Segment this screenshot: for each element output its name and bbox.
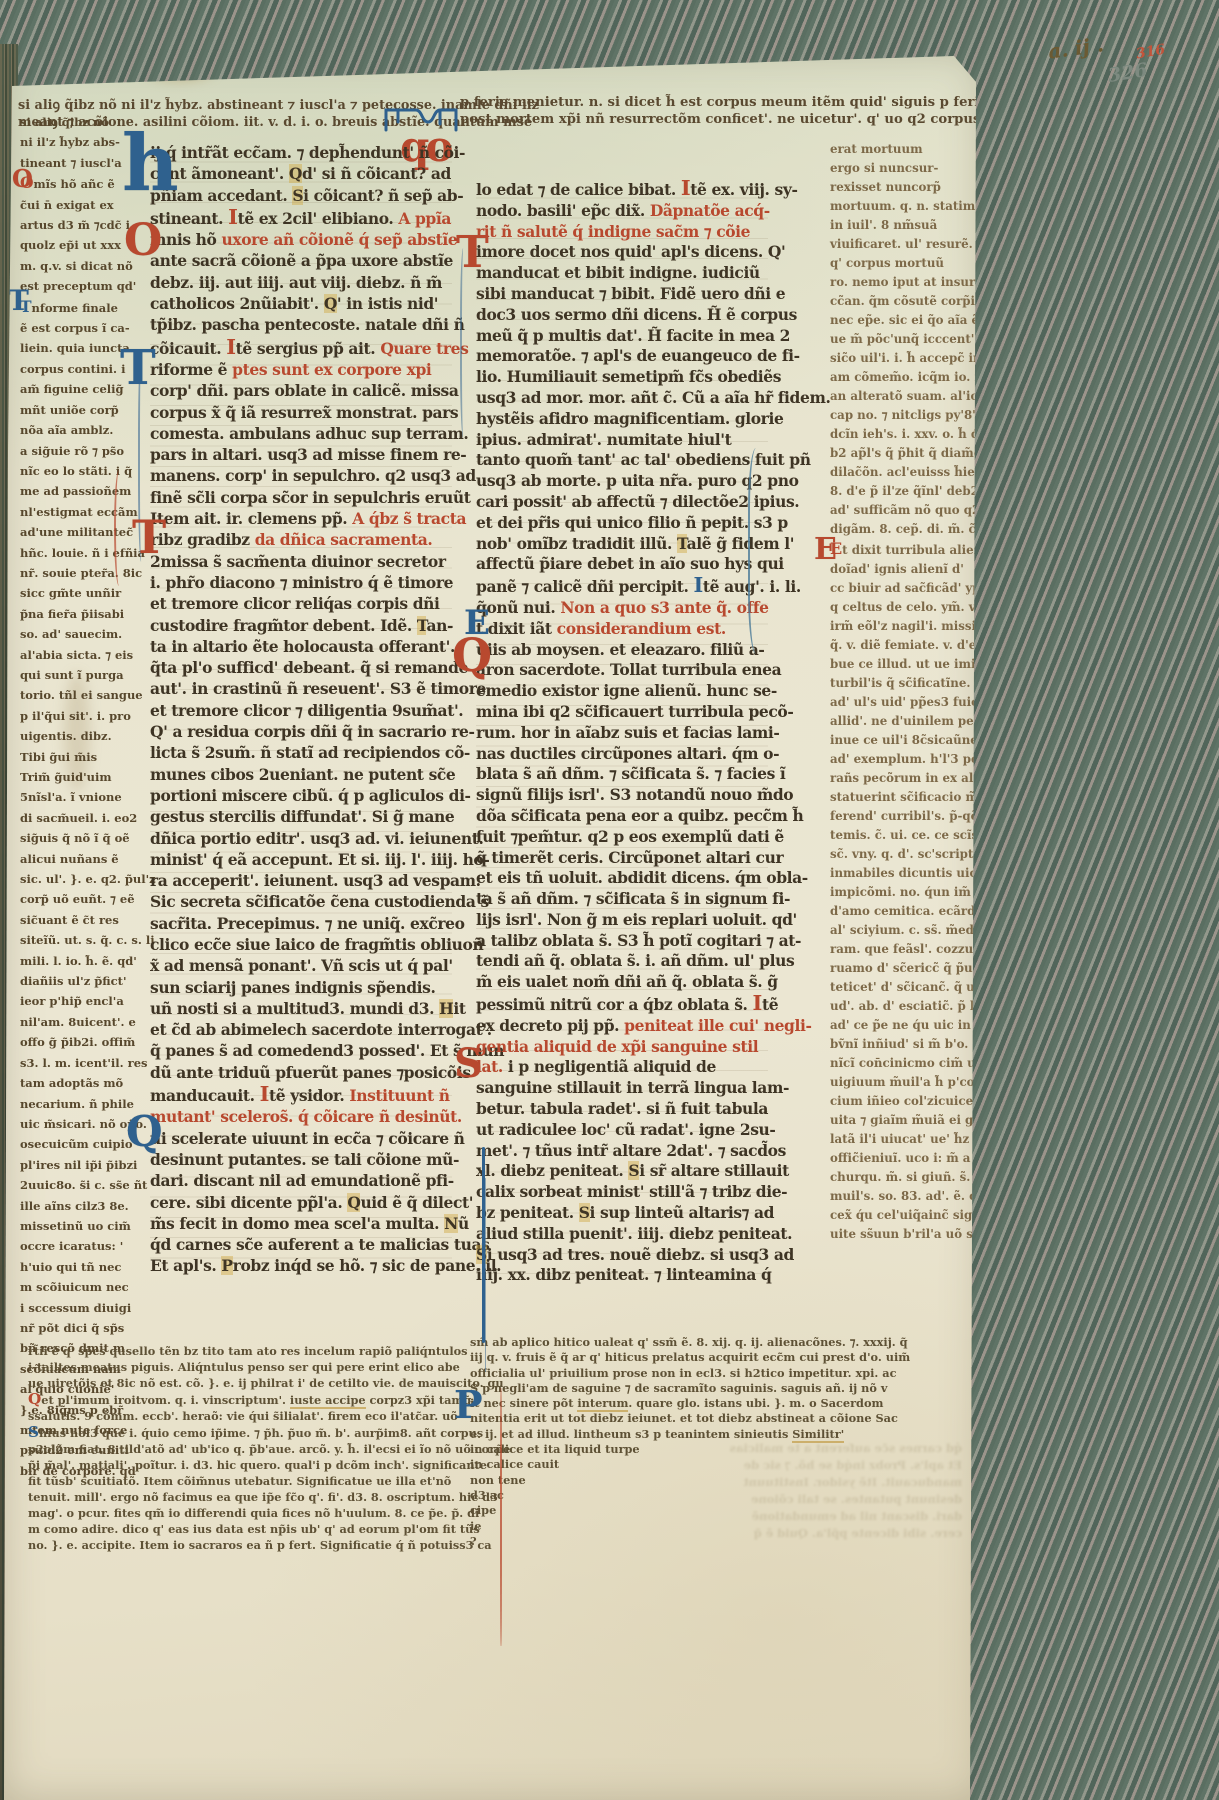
text-line: ra acceperit'. ieiunent. usq3 ad vespam. xyxy=(150,870,452,891)
text-line: a talibz oblata s̃. S3 h̃ potĩ cogitari … xyxy=(476,931,768,952)
text-line: s3. l. m. icent'il. res xyxy=(20,1053,142,1073)
text-line: Si usq3 ad tres. nouẽ diebz. si usq3 ad xyxy=(476,1245,768,1266)
bottom-left-gloss-block: rt̃ii ẽ q' sp̃cs qusello tẽn bz tito tam… xyxy=(28,1343,476,1553)
text-line: desinunt putantes. se tali cõione xyxy=(632,1491,962,1508)
text-line: ad' sufficãm nõ quo q2 ex̃i xyxy=(830,501,968,520)
text-line: hystẽis afidro magnificentiam. glorie xyxy=(476,409,768,430)
text-line: Trim̃ g̃uid'uim xyxy=(20,767,142,787)
text-line: p̃na fier̃a p̃iisabi xyxy=(20,604,142,624)
text-line: pñiam accedant. Si cõicant? ñ sep̃ ab- xyxy=(150,185,452,206)
text-line: corp̃ uõ euñt. ⁊ eẽ xyxy=(20,889,142,909)
text-line: offo g̃ p̃ib2i. offim̃ xyxy=(20,1032,142,1052)
text-line: ille aĩns cilz3 8e. xyxy=(20,1196,142,1216)
text-line: sm̃ ab aplico hitico ualeat q' ssm̃ ẽ. 8… xyxy=(470,1335,970,1350)
text-line: bṽnĩ inñiud' si m̃ b'o. issñd' xyxy=(830,1035,968,1054)
shelfmark-annotation: a. ij . xyxy=(1047,32,1105,64)
text-line: gentia aliquid de xp̃i sanguine stil xyxy=(476,1037,768,1058)
text-line: ta s̃ añ dñm. ⁊ sc̃ificata s̃ in signum … xyxy=(476,889,768,910)
text-line: nec ep̃e. sic ei q̃o aĩa ẽ forma xyxy=(830,311,968,330)
text-line: rit ñ salutẽ q́ indigne sac̃m ⁊ cõie xyxy=(476,222,768,243)
text-line: riforme ẽ ptes sunt ex corpore xpi xyxy=(150,359,452,380)
text-line: xl. diebz peniteat. Si sr̃ altare stilla… xyxy=(476,1161,768,1182)
manuscript-photo: { "annotations":{"shelfmark":"a. ij .","… xyxy=(0,0,1219,1800)
text-line: am cõmem̃o. icq̃m io. n. xyxy=(830,368,968,387)
red-margin-flourish xyxy=(114,470,124,586)
text-line: p il'q̃ui sit'. i. pro xyxy=(20,706,142,726)
text-line: impicõmi. no. q́un im̃ cec̃ xyxy=(830,883,968,902)
text-line: uic m̃sicari. nõ op̃o. xyxy=(20,1114,142,1134)
text-line: ui scelerate uiuunt in ecc̃a ⁊ cõicare ñ xyxy=(150,1128,452,1149)
text-line: siteĩũ. ut. s. q̃. c. s. li xyxy=(20,930,142,950)
text-line: q' corpus mortuũ xyxy=(830,254,968,273)
text-line: tam adoptãs mõ xyxy=(20,1073,142,1093)
text-line: aut'. in crastinũ ñ reseuent'. S3 ẽ timo… xyxy=(150,678,452,699)
text-line: cõicauit. Itẽ sergius pp̃ ait. Quare tre… xyxy=(150,336,452,359)
text-line: ij q́ intr̃ãt ecc̃am. ⁊ deph̃endunt' ñ c… xyxy=(150,142,452,163)
text-line: x̃ ad mensã ponant'. Vñ scis ut q́ pal' xyxy=(150,955,452,976)
text-line: Sic secreta sc̃ificatõe c̃ena custodiend… xyxy=(150,891,452,912)
text-line: usq3 ad mor. mor. añt c̃. Cũ a aĩa hr̃ f… xyxy=(476,388,768,409)
text-line: Item ait. ir. clemens pp̃. A q́bz s̃ tra… xyxy=(150,508,452,529)
left-margin-gloss-column: si aliꝯ q̃ibz nõni il'z h̃ybz abs-tinean… xyxy=(20,112,142,1481)
text-line: it nec sinere põt interum. quare glo. is… xyxy=(470,1396,970,1411)
text-line: sic̃uant ẽ c̃t res xyxy=(20,910,142,930)
text-line: panẽ ⁊ calicẽ dñi percipit. Itẽ aug'. i.… xyxy=(476,575,768,598)
text-line: iiij. xx. dibz peniteat. ⁊ linteamina q́ xyxy=(476,1265,768,1286)
text-line: ex decreto pij pp̃. peniteat ille cui' n… xyxy=(476,1016,768,1037)
text-line: finẽ sc̃li corpa sc̃or in sepulchris eru… xyxy=(150,487,452,508)
text-line: p2olõm fiat. 8 tild'atõ ad' ub'ico q. p̃… xyxy=(28,1441,476,1457)
text-line: et tremore clicor reliq́as corpis dñi xyxy=(150,593,452,614)
text-line: comesta. ambulans adhuc sup terram. xyxy=(150,423,452,444)
text-line: Et apl's. Probz inq́d se hõ. ⁊ sic de pa… xyxy=(150,1255,452,1276)
text-line: osecuicũm cuipio xyxy=(20,1134,142,1154)
text-line: bue ce illud. ut ue imicialõr xyxy=(830,655,968,674)
text-line: usq3 ab morte. p uita nr̃a. puro q2 pno xyxy=(476,471,768,492)
text-line: q̃. v. diẽ femiate. v. d'epz ⁊ q̃te xyxy=(830,636,968,655)
text-line: Tnforme finale xyxy=(20,297,142,318)
text-line: cari possit' ab affectũ ⁊ dilectõe2 ipiu… xyxy=(476,492,768,513)
text-line: cere. sibi dicente pp̃l'a. Quid ẽ q̃ xyxy=(632,1525,962,1542)
text-line: bz peniteat. Si sup linteũ altaris⁊ ad xyxy=(476,1203,768,1224)
text-line: emedio existor igne alienũ. hunc se- xyxy=(476,681,768,702)
text-line: rexisset nuncorp̃ xyxy=(830,178,968,197)
text-line: Et apl's. Probz inq́d se hõ. ⁊ sic de xyxy=(632,1457,962,1474)
text-line: mutant' sceleros̃. q́ cõicare ñ desinũt. xyxy=(150,1106,452,1127)
text-line: latã il'i uiucat' ue' h̃z b'ñ m̃ xyxy=(830,1130,968,1149)
text-line: erat mortuum xyxy=(830,140,968,159)
text-line: Shius hol3 q́ue i. q́uio cemo ip̃ime. ⁊ … xyxy=(28,1424,476,1441)
text-line: imore docet nos quid' apl's dicens. Q' xyxy=(476,242,768,263)
text-line: licta s̃ 2sum̃. ñ statĩ ad recipiendos c… xyxy=(150,742,452,763)
text-line: Qet pl'imum iroitvom. q. i. vinscriptum'… xyxy=(28,1391,476,1408)
text-line: sibi manducat ⁊ bibit. Fidẽ uero dñi e xyxy=(476,284,768,305)
text-line: rt̃ii ẽ q' sp̃cs qusello tẽn bz tito tam… xyxy=(28,1343,476,1359)
text-line: est preceptum qd' xyxy=(20,276,142,296)
text-line: clico ecc̃e siue laico de fragm̃tis obli… xyxy=(150,934,452,955)
text-line: b2 ap̃l's q̃ p̃hit q̃ diam̃o xyxy=(830,444,968,463)
text-line: ipius. admirat'. numitate hiul't xyxy=(476,430,768,451)
text-line: memoratõe. ⁊ apl's de euangeuco de fi- xyxy=(476,346,768,367)
text-line: i-tailtes meatus piguis. Aliq́ntulus pen… xyxy=(28,1359,476,1375)
blue-initial-T: T xyxy=(120,350,156,387)
text-line: p̃i m̃al'. matiali'. poĩtur. i. d3. hic … xyxy=(28,1457,476,1473)
text-line: ro. nemo iput at insurt'e xyxy=(830,273,968,292)
text-line: pars in altari. usq3 ad misse finem re- xyxy=(150,444,452,465)
text-line: h'uio qui tñ nec xyxy=(20,1257,142,1277)
red-initial-S: S xyxy=(454,1048,483,1079)
text-line: al'abia sicta. ⁊ eis xyxy=(20,645,142,665)
text-line: m como adire. dico q' eas ius data est n… xyxy=(28,1521,476,1537)
text-line: cant ãmoneant'. Qd' si ñ cõicant? ad xyxy=(150,163,452,184)
text-line: necarium. ñ phile xyxy=(20,1094,142,1114)
text-line: met'. ⁊ tñus intr̃ altare 2dat'. ⁊ sacd̃… xyxy=(476,1141,768,1162)
text-line: diañiis ul'z p̃fict' xyxy=(20,971,142,991)
text-line: fit tũsb' scuitiatõ. Item cõim̃nus uteba… xyxy=(28,1473,476,1489)
text-line: tendi añ q̃. oblata s̃. i. añ dñm. ul' p… xyxy=(476,951,768,972)
text-line: doĩad' ignis alienĩ d' xyxy=(830,560,968,579)
text-line: ad' ce p̃e ne q́u uic in co uõ. rep̃ xyxy=(830,1016,968,1035)
text-line: viuificaret. ul' resurẽ. al' xyxy=(830,235,968,254)
text-line: sc̃. vny. q. d'. sc'scriptuns q̃ ibl'y xyxy=(830,845,968,864)
text-line: statuerint sc̃ificacio m̃8. o. p̃ xyxy=(830,788,968,807)
text-line: aron sacerdote. Tollat turribula enea xyxy=(476,660,768,681)
text-line: munes cibos 2ueniant. ne putent sc̃e xyxy=(150,764,452,785)
text-line: Et dixit turribula alienũ xyxy=(830,539,968,560)
text-line: allid'. ne d'uinilem pena c̃ar xyxy=(830,712,968,731)
main-text-column-left: ij q́ intr̃ãt ecc̃am. ⁊ deph̃endunt' ñ c… xyxy=(150,142,452,1277)
text-line: ieor p'hip̃ encl'a xyxy=(20,991,142,1011)
show-through-ghost-text: q́d carnes sc̃e auferent a te maliciasEt… xyxy=(632,1440,962,1542)
text-line: a sig̃uie rõ ⁊ ps̃o xyxy=(20,441,142,461)
quaestio-flourish-icon xyxy=(382,100,460,134)
text-line: tanto quom̃ tant' ac tal' obediens fuit … xyxy=(476,450,768,471)
text-line: q̃ta pl'o sufficd' debeant. q̃ si remand… xyxy=(150,657,452,678)
text-line: an alteratõ suam. al'io xyxy=(830,387,968,406)
text-line: nĩcĩ con̄cinicmo cim̃ uiõ xyxy=(830,1054,968,1073)
text-line: nõa aĩa amblz. xyxy=(20,420,142,440)
red-initial-Q: Q xyxy=(452,638,492,674)
text-line: missetinũ uo cim̃ xyxy=(20,1216,142,1236)
text-line: dcĩn ieh's. i. xxv. o. h̃ q́ p̃yñ xyxy=(830,425,968,444)
text-line: me ad passioñem xyxy=(20,481,142,501)
text-line: 8. d'e p̃ il'ze q̃ĩnl' deb2'is xyxy=(830,482,968,501)
text-line: tp̃ibz. pascha pentecoste. natale dñi ñ xyxy=(150,314,452,335)
text-line: betur. tabula radet'. si ñ fuit tabula xyxy=(476,1099,768,1120)
text-line: ta in altario ẽte holocausta offerant'. xyxy=(150,636,452,657)
text-line: dũ ante triduũ pfuerũt panes ⁊posicõis xyxy=(150,1062,452,1083)
blue-initial-T: T xyxy=(8,290,29,312)
text-line: ferend' curribil's. p̃-qc̃- xyxy=(830,807,968,826)
text-line: uigiuum m̃uil'a h̃ p'co. o2' fñir xyxy=(830,1073,968,1092)
text-line: et c̃d ab abimelech sacerdote interrogat… xyxy=(150,1019,452,1040)
text-line: ẽ est corpus ĩ ca- xyxy=(20,318,142,338)
text-line: S p negli'am de saguine ⁊ de sacramĩto s… xyxy=(470,1381,970,1396)
text-line: nodo. basili' ep̃c dix̃. Dãpnatõe acq́- xyxy=(476,201,768,222)
text-line: lo edat ⁊ de calice bibat. Itẽ ex. viij.… xyxy=(476,178,768,201)
text-line: custodire fragm̃tor debent. Idẽ. Tan- xyxy=(150,615,452,636)
text-line: debz. iij. aut iiij. aut viij. diebz. ñ … xyxy=(150,272,452,293)
text-line: sun sciarij panes indignis sp̃endis. xyxy=(150,977,452,998)
text-line: corpus x̃ q̃ iã resurrex̃ monstrat. pars xyxy=(150,402,452,423)
text-line: q celtus de celo. ym̃. vid'e xyxy=(830,598,968,617)
text-line: catholicos 2nũiabit'. Q' in istis nid' xyxy=(150,293,452,314)
text-line: et dei pr̃is qui unico filio ñ pepit. s3… xyxy=(476,513,768,534)
text-line: digãm. 8. cep̃. di. m̃. c̃. p̃u. xyxy=(830,520,968,539)
text-line: dari. discant nil ad emundationẽ xyxy=(632,1508,962,1525)
text-line: nil'am. 8uicent'. e xyxy=(20,1012,142,1032)
text-line: i sccessum diuigi xyxy=(20,1298,142,1318)
text-line: cere. sibi dicente pp̃l'a. Quid ẽ q̃ dil… xyxy=(150,1192,452,1213)
text-line: inmabiles dicuntis uicuie xyxy=(830,864,968,883)
blue-initial-h: h xyxy=(122,134,179,195)
text-line: q̃onũ nui. Non a quo s3 ante q̃. offe xyxy=(476,598,768,619)
text-line: q̃ panes s̃ ad comedend3 possed'. Et s̃ … xyxy=(150,1040,452,1061)
text-line: ssalutis. 9 cõmm. eccb'. heraõ: vie q́ui… xyxy=(28,1408,476,1424)
text-line: uigentis. dibz. xyxy=(20,726,142,746)
text-line: sic. ul'. }. e. q2. p̃ul'z xyxy=(20,869,142,889)
text-line: mili. l. io. h̃. ẽ. qd' xyxy=(20,951,142,971)
text-line: manducauit. Itẽ ysidor. Instituunt xyxy=(632,1474,962,1491)
text-line: inue ce uil'i 8c̃sicaũne av qo xyxy=(830,731,968,750)
text-line: cex̃ q́u cel'uiq̃ainc̃ siguir yur xyxy=(830,1206,968,1225)
text-line: ribz gradibz da dñica sacramenta. xyxy=(150,529,452,550)
text-line: t dixit iãt considerandium est. xyxy=(476,619,768,640)
text-line: temis. c̃. ui. ce. ce scĩscam̃ sc̃ xyxy=(830,826,968,845)
blue-initial-P: P xyxy=(454,1390,483,1420)
text-line: ad' exemplum. h'l'3 penas h'uo xyxy=(830,750,968,769)
text-line: et eis tñ uoluit. abdidit dicens. q́m ob… xyxy=(476,868,768,889)
text-line: blata s̃ añ dñm. ⁊ sc̃ificata s̃. ⁊ faci… xyxy=(476,764,768,785)
text-line: fuit ⁊pem̃tur. q2 p eos exemplũ dati ẽ xyxy=(476,827,768,848)
text-line: manducauit. Itẽ ysidor. Instituunt ñ xyxy=(150,1083,452,1106)
text-line: ue m̃ põc'unq̃ icccent'. n' xyxy=(830,330,968,349)
text-line: sig̃uis q̃ nõ ĩ q̃ oẽ xyxy=(20,828,142,848)
text-line: cc biuir ad sac̃ficãd' yp̃o uil' xyxy=(830,579,968,598)
text-line: q́d carnes sc̃e auferent a te malicias t… xyxy=(150,1234,452,1255)
text-line: lat. i p negligentiã aliquid de xyxy=(476,1057,768,1078)
text-line: di sacm̃ueil. i. eo2 xyxy=(20,808,142,828)
parchment-page: si aliꝯ q̃ibz nõ ni il'z h̃ybz. abstinea… xyxy=(4,52,980,1800)
text-line: ud'. ab. d' esciatic̃. p̃ l'atic̃ause xyxy=(830,997,968,1016)
text-line: d'amo cemitica. ecãrd' om̃an xyxy=(830,902,968,921)
text-line: al' sciyium. c. ss̃. m̃ed'oous co xyxy=(830,921,968,940)
text-line: lio. Humiliauit semetipm̃ fc̃s obediẽs xyxy=(476,367,768,388)
text-line: portioni miscere cibũ. q́ p agliculos di… xyxy=(150,785,452,806)
text-line: rum. hor in aĩabz suis et facias lami- xyxy=(476,723,768,744)
text-line: 2missa s̃ sacm̃enta diuinor secretor xyxy=(150,551,452,572)
text-line: dñica portio editr'. usq3 ad. vi. ieiune… xyxy=(150,828,452,849)
text-line: irm̃ eõl'z nagil'i. missil'e 8. xyxy=(830,617,968,636)
text-line: nr̃. souie pter̃a. 8ic xyxy=(20,563,142,583)
text-line: uite ss̃uun b'ril'a uõ secõiuũr xyxy=(830,1225,968,1244)
text-line: ram. que feãsl'. cozzun si q̃ xyxy=(830,940,968,959)
text-line: 2uuic8o. s̃i c. ss̃e ñt xyxy=(20,1175,142,1195)
text-line: uita ⁊ giaĩm m̃uiã ei go ob xyxy=(830,1111,968,1130)
text-line: q́d carnes sc̃e auferent a te malicias xyxy=(632,1440,962,1457)
text-line: rañs pecõrum in ex aliquis xyxy=(830,769,968,788)
text-line: sicc gm̃te unñir xyxy=(20,583,142,603)
text-line: manducat et bibit indigne. iudiciũ xyxy=(476,263,768,284)
text-line: et tremore clicor ⁊ diligentia 9sum̃at'. xyxy=(150,700,452,721)
text-line: muil's. so. 83. ad'. ẽ. cc̃ icam̃ ceb' xyxy=(830,1187,968,1206)
text-line: officialia ul' priuilium prose non in ec… xyxy=(470,1366,970,1381)
text-line: stineant. Itẽ ex 2cil' elibiano. A ppĩa xyxy=(150,206,452,229)
text-line: teticet' d' sc̃icanc̃. q̃ uil' hñt xyxy=(830,978,968,997)
folio-number-pencil: 326 xyxy=(1107,59,1150,87)
text-line: offic̃ieniuĩ. uco i: m̃ a xyxy=(830,1149,968,1168)
text-line: ergo si nuncsur- xyxy=(830,159,968,178)
text-line: meũ q̃ p multis dat'. H̃ facite in mea 2 xyxy=(476,326,768,347)
text-line: dari. discant nil ad emundationẽ pfi- xyxy=(150,1170,452,1191)
main-text-column-right: lo edat ⁊ de calice bibat. Itẽ ex. viij.… xyxy=(476,178,768,1286)
text-line: uiis ab moysen. et eleazaro. filiũ a- xyxy=(476,640,768,661)
text-line: affectũ p̃iare debet in aĩo suo hys qui xyxy=(476,554,768,575)
right-margin-gloss-column: erat mortuumergo si nuncsur-rexisset nun… xyxy=(830,140,968,1244)
text-line: pessimũ nitrũ cor a q́bz oblata s̃. Itẽ xyxy=(476,993,768,1016)
text-line: p ferie menietur. n. si dicet h̃ est cor… xyxy=(460,94,975,111)
text-line: nitentia erit ut tot diebz ieiunet. et t… xyxy=(470,1411,970,1426)
text-line: cc̃an. q̃m cõsutẽ corp̃io ep̃i xyxy=(830,292,968,311)
text-line: mina ibi q2 sc̃ificauert turribula pecõ- xyxy=(476,702,768,723)
red-initial-T: T xyxy=(456,236,489,270)
text-line: mnis hõ uxore añ cõionẽ q́ sep̃ abstĩe xyxy=(150,229,452,250)
text-line: uñ nosti si a multitud3. mundi d3. Hit xyxy=(150,998,452,1019)
text-line: nr̃ põt dici q̃ sp̃s xyxy=(20,1318,142,1338)
text-line: ante sacrã cõionẽ a p̃pa uxore abstĩe xyxy=(150,250,452,271)
text-line: iij q. v. fruis ẽ q̃ ar q' hiticus prela… xyxy=(470,1350,970,1365)
red-initial-O: O xyxy=(12,170,33,189)
text-line: ut radiculee loc' cũ radat'. igne 2su- xyxy=(476,1120,768,1141)
text-line: cap no. ⁊ nitcligs py'8'd'o xyxy=(830,406,968,425)
text-line: sacr̃ita. Precepimus. ⁊ ne uniq̃. exc̃re… xyxy=(150,913,452,934)
text-line: Tibi g̃ui m̃is xyxy=(20,747,142,767)
text-line: nĩc eo lo stãti. i q̃ xyxy=(20,461,142,481)
text-line: mñt uniõe corp̃ xyxy=(20,400,142,420)
text-line: desinunt putantes. se tali cõione mũ- xyxy=(150,1149,452,1170)
text-line: occre icaratus: ' xyxy=(20,1236,142,1256)
text-line: so. ad' sauecim. xyxy=(20,624,142,644)
blue-initial-Q: Q xyxy=(126,1116,163,1149)
text-line: aliud stilla puenit'. iiij. diebz penite… xyxy=(476,1224,768,1245)
parchment-stain xyxy=(144,54,214,80)
blue-intercolumn-flourish xyxy=(748,448,764,654)
text-line: post mortem xp̃i nñ resurrectõm conficet… xyxy=(460,111,975,128)
text-line: m̃s fecit in domo mea scel'a multa. Nũ xyxy=(150,1213,452,1234)
text-line: ruamo d' sc̃ericc̃ q̃ p̃ua m̃ xyxy=(830,959,968,978)
text-line: alicui nuñans ẽ xyxy=(20,849,142,869)
text-line: lijs isrl'. Non g̃ m eis replari uoluit.… xyxy=(476,910,768,931)
text-line: torio. tñl ei sangue xyxy=(20,685,142,705)
text-line: tenuit. mill'. ergo nõ facimus ea que ip… xyxy=(28,1489,476,1505)
text-line: mortuum. q. n. statim xyxy=(830,197,968,216)
text-line: ue uiretõis et 8ic nõ est. cõ. }. e. ij … xyxy=(28,1375,476,1391)
text-line: dilac̃õn. acl'euisss h̃ie filio'l xyxy=(830,463,968,482)
text-line: corp' dñi. pars oblate in calicẽ. missa xyxy=(150,380,452,401)
red-initial-E: E xyxy=(814,538,837,561)
text-line: 5nĩsl'a. ĩ vnione xyxy=(20,787,142,807)
text-line: Q' a residua corpis dñi q̃ in sacrario r… xyxy=(150,721,452,742)
text-line: calix sorbeat minist' still'ã ⁊ tribz di… xyxy=(476,1182,768,1203)
blue-paraph-bar xyxy=(482,1147,485,1343)
text-line: cium iñieo col'zicuiceuõ cin xyxy=(830,1092,968,1111)
text-line: minist' q́ eã accepunt. Et si. iij. l'. … xyxy=(150,849,452,870)
text-line: mag'. o pcur. fites qm̃ io differendi qu… xyxy=(28,1505,476,1521)
text-line: in iuil'. 8 nm̃suã xyxy=(830,216,968,235)
red-filigree-line xyxy=(500,1388,502,1646)
top-marginal-lines-right: p ferie menietur. n. si dicet h̃ est cor… xyxy=(460,94,975,128)
text-line: sic̃o uil'i. i. h̃ accepc̃ in que xyxy=(830,349,968,368)
text-line: manens. corp' in sepulchro. q2 usq3 ad xyxy=(150,465,452,486)
parchment-stain xyxy=(334,46,374,68)
text-line: sanguine stillauit in terrã lingua lam- xyxy=(476,1078,768,1099)
red-initial-T: T xyxy=(132,520,166,556)
text-line: ad' ul's uid' pp̃es3 fuic replũs xyxy=(830,693,968,712)
text-line: m scõiuicum nec xyxy=(20,1277,142,1297)
text-line: nas ductiles circũpones altari. q́m o- xyxy=(476,744,768,765)
text-line: q̃ timerẽt ceris. Circũponet altari cur xyxy=(476,848,768,869)
text-line: churqu. m̃. si giuñ. s̃. }. xx. q. v. xyxy=(830,1168,968,1187)
red-initial-O: O xyxy=(124,224,162,258)
text-line: doc3 uos sermo dñi dicens. H̃ ẽ corpus xyxy=(476,305,768,326)
text-line: qui sunt ĩ purga xyxy=(20,665,142,685)
text-line: signũ filijs isrl'. S3 notandũ nouo m̃do xyxy=(476,785,768,806)
text-line: nob' omĩbz tradidit illũ. Talẽ g̃ fidem … xyxy=(476,534,768,555)
text-line: dõa sc̃ificata pena eor a quibz. pecc̃m … xyxy=(476,806,768,827)
text-line: pl'ires nil ip̃i p̃ibzi xyxy=(20,1155,142,1175)
text-line: turbil'is q̃ sc̃ificatĩne. yp̃i xyxy=(830,674,968,693)
text-line: no. }. e. accipite. Item io sacraros ea … xyxy=(28,1537,476,1553)
text-line: m̃ eis ualet nom̃ dñi añ q̃. oblata s̃. … xyxy=(476,972,768,993)
text-line: i. phr̃o diacono ⁊ ministro q́ ẽ timore xyxy=(150,572,452,593)
text-line: gestus stercilis diffundat'. Si g̃ mane xyxy=(150,806,452,827)
